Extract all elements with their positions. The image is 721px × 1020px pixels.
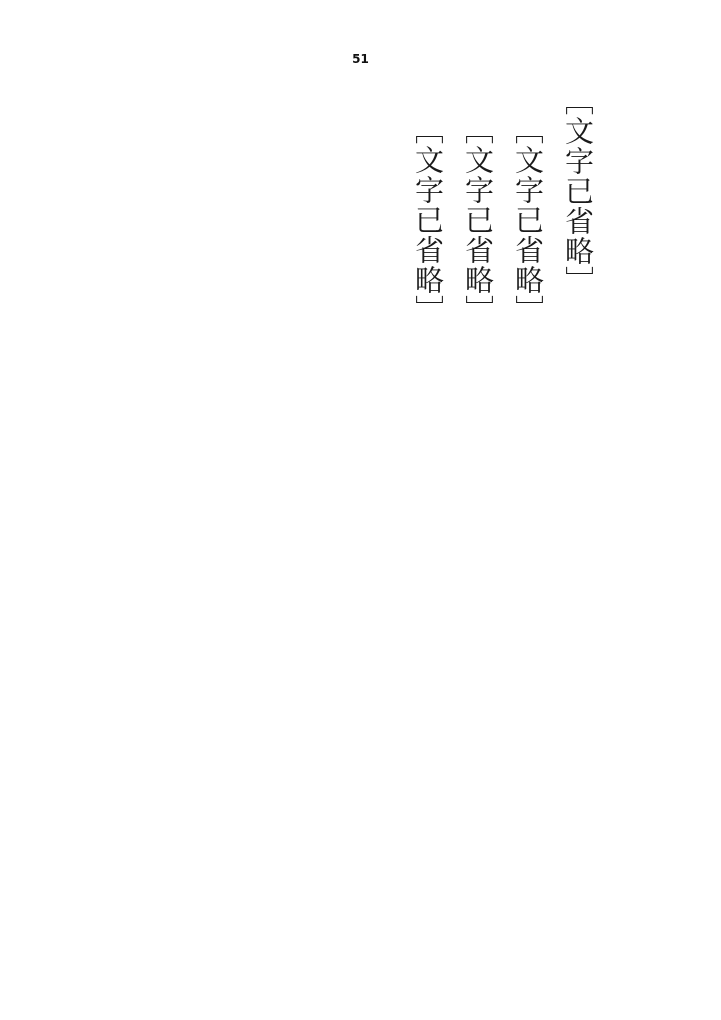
vertical-text-body: ［文字已省略］ ［文字已省略］ ［文字已省略］ ［文字已省略］ (403, 86, 603, 946)
paragraph: ［文字已省略］ (503, 86, 553, 946)
paragraph: ［文字已省略］ (403, 86, 453, 946)
paragraph: ［文字已省略］ (453, 86, 503, 946)
page-number: 51 (0, 52, 721, 66)
paragraph: ［文字已省略］ (553, 86, 603, 946)
